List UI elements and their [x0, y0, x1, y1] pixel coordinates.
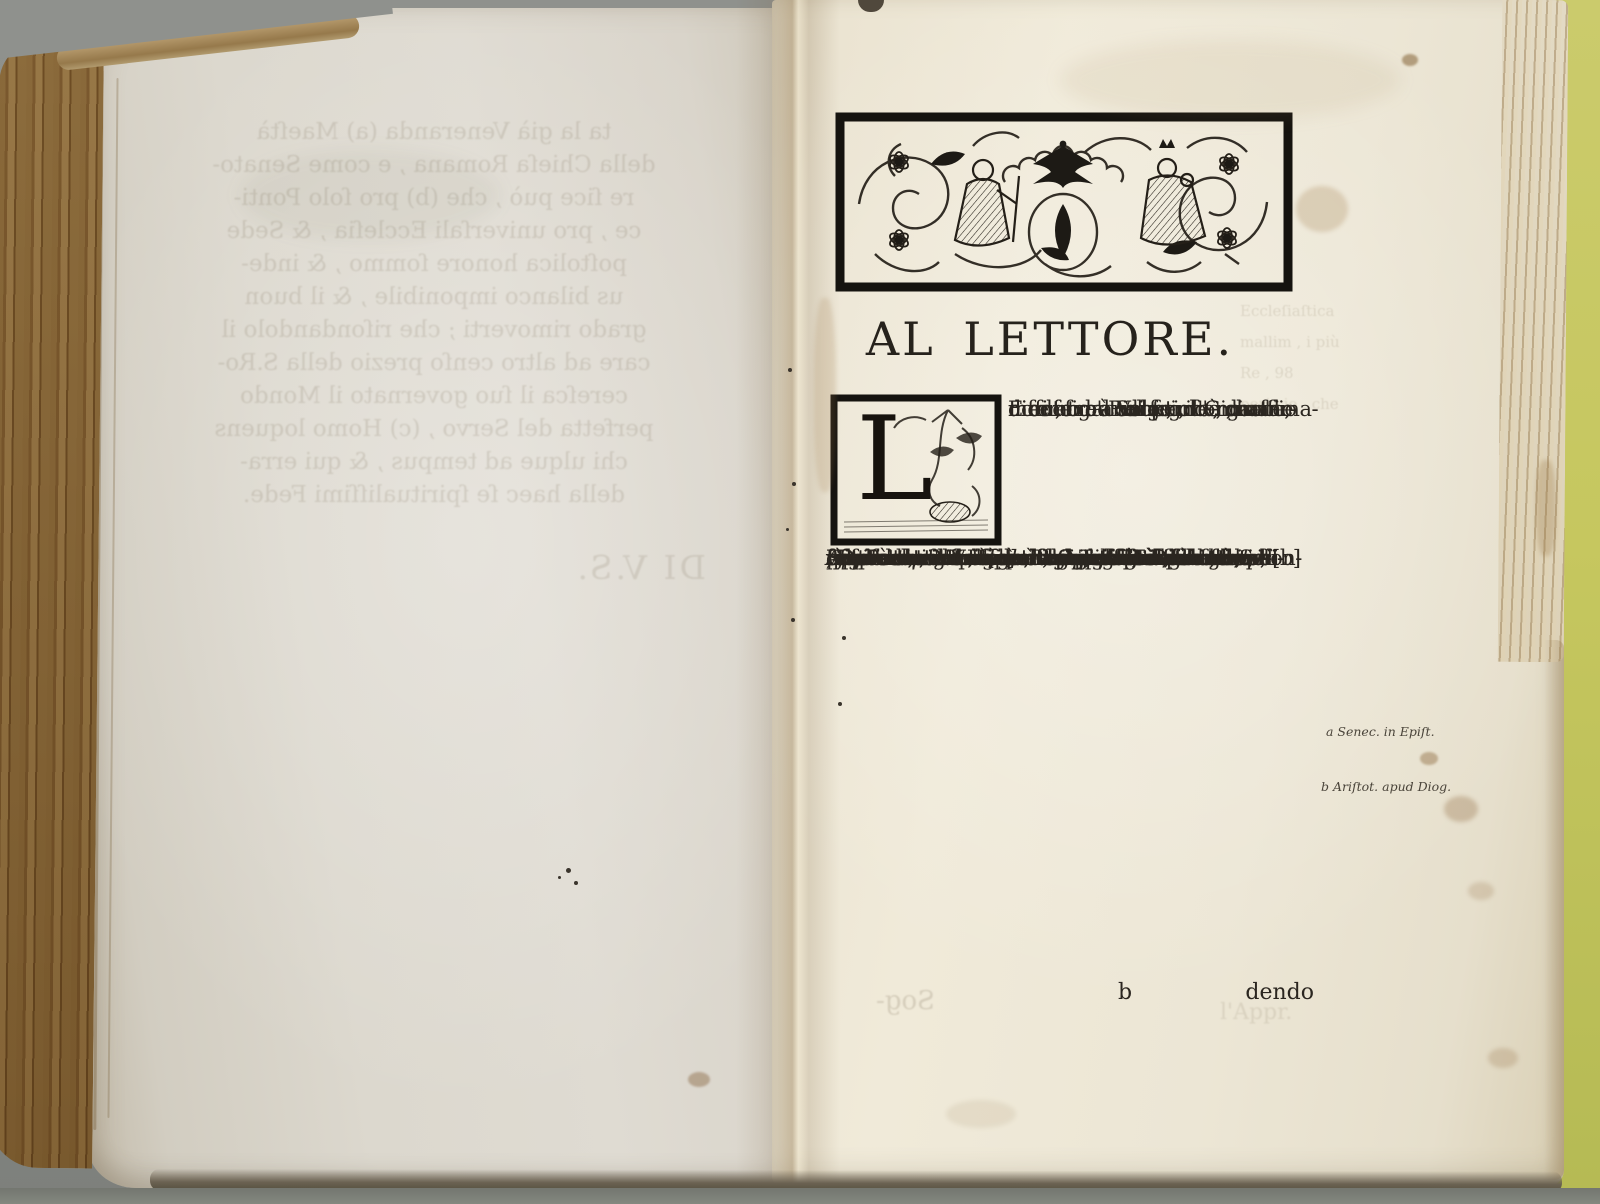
stain [1060, 40, 1400, 120]
book-deckle-edge [0, 41, 104, 1168]
bleedthrough-line: perfetta del Servo , (c) Homo loquens [168, 413, 700, 446]
stain [1420, 752, 1438, 765]
bleedthrough-line: care ad altro cenſo prezio della S.Ro- [168, 347, 700, 380]
stain [240, 150, 500, 240]
bleedthrough-line: poſtolica honore ſommo , & inde- [168, 248, 700, 281]
left-seated-figure [955, 160, 1019, 246]
stain [1488, 1048, 1518, 1068]
bleedthrough-line: ta la già Veneranda (a) Maeſtà [168, 116, 700, 149]
bleedthrough-catchword: Sog- [876, 986, 935, 1016]
margin-bleedthrough-text: Eccleſiaſticamallim , i piùRe , 98peri c… [1240, 296, 1360, 420]
speckle [566, 868, 571, 873]
bleedthrough-line: cereſca il ſuo governato il Mondo [168, 380, 700, 413]
speckle [842, 636, 846, 640]
bleedthrough-line: grado rimoverti ; che riſondandolo il [168, 314, 700, 347]
woodcut-headpiece [835, 112, 1293, 292]
stain [1402, 54, 1418, 66]
margin-note: b Ariſtot. apud Diog. [1321, 779, 1451, 794]
headpiece-engraving [835, 112, 1293, 292]
bleedthrough-line: us bilanco imponibile , & il buon [168, 281, 700, 314]
speckle [574, 881, 578, 885]
bleedthrough-fragment: mallim , i più [1240, 327, 1360, 358]
bleedthrough-line: chi ulque ad tempus , & qui erra- [168, 446, 700, 479]
speckle [838, 702, 842, 706]
speckle [558, 876, 561, 879]
stain [1296, 186, 1348, 232]
stain [814, 298, 836, 492]
speckle [791, 618, 795, 622]
table-surface-bottom [0, 1188, 1600, 1204]
woodcut-drop-cap: L [830, 394, 1002, 546]
bleedthrough-line: della haec ſe ſpiritualiſſimi Fede. [168, 479, 700, 512]
signature-mark: b [1118, 980, 1132, 1005]
stain [946, 1100, 1016, 1128]
bleedthrough-fragment: peri cio , che [1240, 389, 1360, 420]
margin-note: a Senec. in Epiſt. [1326, 724, 1435, 739]
bleedthrough-fragment: Eccleſiaſtica [1240, 296, 1360, 327]
left-page-bleedthrough-signoff: DI V.S. [556, 548, 706, 587]
right-madonna-figures [1141, 139, 1205, 245]
page-title: AL LETTORE. [802, 312, 1298, 366]
stain [1536, 460, 1556, 556]
right-page-content: AL LETTORE. [790, 0, 1570, 1186]
stain [1468, 882, 1494, 900]
bleedthrough-fragment: Re , 98 [1240, 358, 1360, 389]
book-photo: ta la già Veneranda (a) Maeſtàdella Chie… [0, 0, 1600, 1204]
bird-figure [1033, 141, 1093, 188]
bleedthrough-fragment: l'Appr. [1220, 1000, 1292, 1025]
stain [688, 1072, 710, 1087]
stain [1444, 796, 1478, 822]
drop-cap-letter: L [856, 402, 933, 518]
speckle [786, 528, 789, 531]
speckle [788, 368, 792, 372]
speckle [792, 482, 796, 486]
